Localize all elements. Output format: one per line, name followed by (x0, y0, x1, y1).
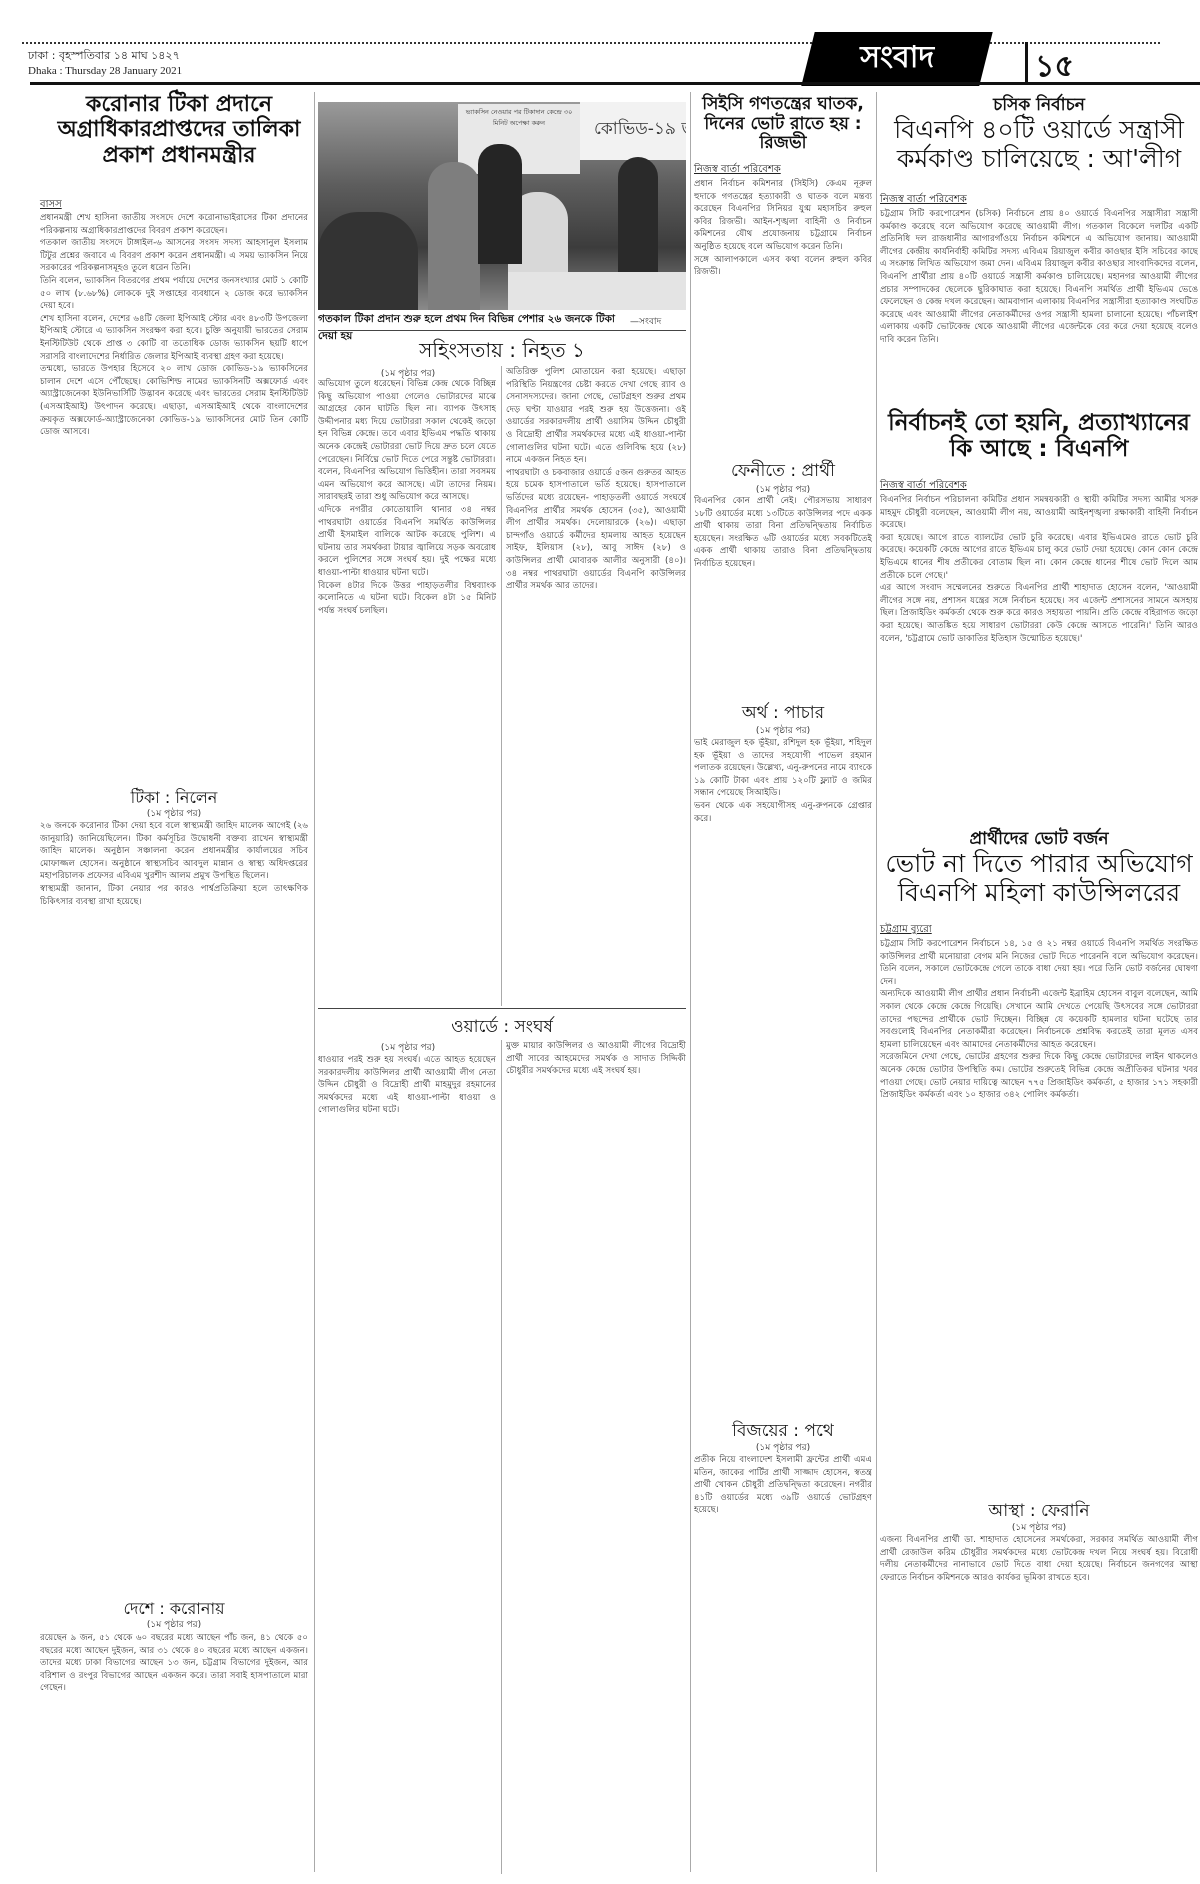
ortho-para-2: ভবন থেকে এক সহযোগীসহ এনু-রুপনকে গ্রেপ্তা… (694, 800, 872, 825)
bnp-wards-body: চট্টগ্রাম সিটি করপোরেশন (চসিক) নির্বাচনে… (880, 208, 1198, 406)
feni-body: বিএনপির কোন প্রার্থী নেই। পৌরসভায় সাধার… (694, 495, 872, 695)
vaccine-para-4: শেখ হাসিনা বলেন, দেশের ৬৪টি জেলা ইপিআই স… (40, 313, 308, 363)
person-silhouette (428, 162, 480, 310)
ortho-body: ভাই মেরাজুল হক ভূঁইয়া, রশিদুল হক ভূঁইয়… (694, 737, 872, 1405)
deshe-coronay-para-1: রয়েছেন ৯ জন, ৫১ থেকে ৬০ বছরের মধ্যে আছে… (40, 1632, 308, 1695)
rejection-headline: নির্বাচনই তো হয়নি, প্রত্যাখ্যানের কি আছ… (880, 410, 1198, 463)
column-divider (314, 92, 315, 1872)
asta-ferani-para-1: এজন্য বিএনপির প্রার্থী ডা. শাহাদাত হোসেন… (880, 1534, 1198, 1584)
ortho-para-1: ভাই মেরাজুল হক ভূঁইয়া, রশিদুল হক ভূঁইয়… (694, 737, 872, 800)
header-thick-rule (30, 82, 1200, 85)
banner-board: কোভিড-১৯ ভ (580, 102, 686, 160)
vaccine-body: প্রধানমন্ত্রী শেখ হাসিনা জাতীয় সংসদে দে… (40, 212, 308, 772)
rejection-para-1: বিএনপির নির্বাচন পরিচালনা কমিটির প্রধান … (880, 494, 1198, 532)
table-surface (508, 272, 686, 310)
rizvi-para-1: প্রধান নির্বাচন কমিশনার (সিইসি) কেএম নূর… (694, 178, 872, 254)
women-councillors-para-3: সরেজমিনে দেখা গেছে, ভোটের গ্রহণের শুরুর … (880, 1051, 1198, 1101)
rejection-para-2: করা হয়েছে। আগে রাতে ব্যালটের ভোট চুরি ক… (880, 532, 1198, 582)
vaccine-para-2: গতকাল জাতীয় সংসদে টাঙ্গাইল-৬ আসনের সংসদ… (40, 237, 308, 275)
violence-body-right: অতিরিক্ত পুলিশ মোতায়েন করা হয়েছে। এছাড… (506, 366, 686, 998)
violence-para-5: বিকেল ৪টার দিকে উত্তর পাহাড়তলীর বিশ্বব্… (318, 580, 496, 618)
rizvi-byline: নিজস্ব বার্তা পরিবেশক (694, 162, 781, 179)
deshe-coronay-body: রয়েছেন ৯ জন, ৫১ থেকে ৬০ বছরের মধ্যে আছে… (40, 1632, 308, 1872)
vaccination-photo: ভ্যাকসিন নেওয়ার পর টিকাদান কেন্দ্রে ৩০ … (318, 102, 686, 310)
bnp-wards-byline: নিজস্ব বার্তা পরিবেশক (880, 192, 967, 209)
ortho-continued: (১ম পৃষ্ঠার পর) (694, 723, 872, 738)
vaccine-para-3: তিনি বলেন, ভ্যাকসিন বিতরণের প্রথম পর্যায… (40, 275, 308, 313)
column-divider (690, 92, 691, 1872)
tika-nilen-continued: (১ম পৃষ্ঠার পর) (40, 806, 308, 821)
vaccine-para-5: তন্মধ্যে, ভারতে উপহার হিসেবে ২০ লাখ ডোজ … (40, 363, 308, 439)
vaccine-headline: করোনার টিকা প্রদানে অগ্রাধিকারপ্রাপ্তদের… (48, 92, 310, 168)
ward-conflict-body-right: মুক্ত মায়ার কাউন্সিলর ও আওয়ামী লীগের ব… (506, 1040, 686, 1874)
page-number-divider (1025, 42, 1028, 82)
column-divider (876, 92, 877, 1872)
women-councillors-byline: চট্টগ্রাম ব্যুরো (880, 922, 932, 939)
column-divider (501, 1040, 502, 1874)
photo-rule (318, 330, 686, 331)
asta-ferani-body: এজন্য বিএনপির প্রার্থী ডা. শাহাদাত হোসেন… (880, 1534, 1198, 1874)
masthead-text: সংবাদ (808, 32, 986, 84)
violence-para-1: অভিযোগ তুলে ধরেছেন। বিভিন্ন কেন্দ্র থেকে… (318, 378, 496, 466)
date-bengali: ঢাকা : বৃহস্পতিবার ১৪ মাঘ ১৪২৭ (28, 48, 180, 63)
bijoy-para-1: প্রতীক নিয়ে বাংলাদেশ ইসলামী ফ্রন্টের প্… (694, 1454, 872, 1517)
violence-para-2: অতিরিক্ত পুলিশ মোতায়েন করা হয়েছে। এছাড… (506, 366, 686, 467)
bijoy-continued: (১ম পৃষ্ঠার পর) (694, 1440, 872, 1455)
deshe-coronay-continued: (১ম পৃষ্ঠার পর) (40, 1617, 308, 1632)
section-rule (318, 1008, 686, 1009)
ward-conflict-para-2: মুক্ত মায়ার কাউন্সিলর ও আওয়ামী লীগের ব… (506, 1040, 686, 1078)
violence-para-4: এদিকে নগরীর কোতোয়ালি থানার ৩৪ নম্বর পাথ… (318, 504, 496, 580)
bnp-wards-para-1: চট্টগ্রাম সিটি করপোরেশন (চসিক) নির্বাচনে… (880, 208, 1198, 347)
date-english: Dhaka : Thursday 28 January 2021 (28, 64, 182, 79)
asta-ferani-continued: (১ম পৃষ্ঠার পর) (880, 1520, 1198, 1535)
column-divider (501, 366, 502, 1006)
person-silhouette (618, 157, 658, 287)
women-councillors-para-1: চট্টগ্রাম সিটি করপোরেশন নির্বাচনে ১৪, ১৫… (880, 938, 1198, 988)
rizvi-para-2: সঙ্গে আলাপকালে এসব কথা বলেন রুহুল কবির র… (694, 254, 872, 279)
women-councillors-para-2: অন্যদিকে আওয়ামী লীগ প্রার্থীর প্রধান নি… (880, 988, 1198, 1051)
bijoy-body: প্রতীক নিয়ে বাংলাদেশ ইসলামী ফ্রন্টের প্… (694, 1454, 872, 1874)
person-silhouette (478, 144, 522, 264)
violence-para-3: বলেন, বিএনপির অভিযোগ ভিত্তিহীন। তারা সবস… (318, 466, 496, 504)
rizvi-headline: সিইসি গণতন্ত্রের ঘাতক, দিনের ভোট রাতে হয… (694, 95, 872, 154)
violence-headline: সহিংসতায় : নিহত ১ (318, 336, 686, 369)
ward-conflict-headline: ওয়ার্ডে : সংঘর্ষ (318, 1014, 686, 1042)
rejection-byline: নিজস্ব বার্তা পরিবেশক (880, 478, 967, 495)
vaccine-para-1: প্রধানমন্ত্রী শেখ হাসিনা জাতীয় সংসদে দে… (40, 212, 308, 237)
masthead-logo: সংবাদ (801, 32, 992, 86)
ward-conflict-body-left: ধাওয়ার পরই শুরু হয় সংঘর্ষ। এতে আহত হয়… (318, 1054, 496, 1874)
ward-conflict-para-1: ধাওয়ার পরই শুরু হয় সংঘর্ষ। এতে আহত হয়… (318, 1054, 496, 1117)
rejection-body: বিএনপির নির্বাচন পরিচালনা কমিটির প্রধান … (880, 494, 1198, 814)
rejection-para-3: এর আগে সংবাদ সম্মেলনের শুরুতে বিএনপির প্… (880, 582, 1198, 645)
feni-para-1: বিএনপির কোন প্রার্থী নেই। পৌরসভায় সাধার… (694, 495, 872, 571)
tika-nilen-para-1: ২৬ জনকে করোনার টিকা দেয়া হবে বলে স্বাস্… (40, 820, 308, 883)
women-councillors-body: চট্টগ্রাম সিটি করপোরেশন নির্বাচনে ১৪, ১৫… (880, 938, 1198, 1486)
rizvi-body: প্রধান নির্বাচন কমিশনার (সিইসি) কেএম নূর… (694, 178, 872, 440)
violence-para-6: পাথরঘাটা ও চকবাজার ওয়ার্ডে ৫জন গুরুতর আ… (506, 467, 686, 593)
violence-body-left: অভিযোগ তুলে ধরেছেন। বিভিন্ন কেন্দ্র থেকে… (318, 378, 496, 998)
ward-conflict-continued: (১ম পৃষ্ঠার পর) (318, 1040, 498, 1055)
bnp-wards-headline: বিএনপি ৪০টি ওয়ার্ডে সন্ত্রাসী কর্মকাণ্ড… (880, 116, 1198, 174)
photo-credit: —সংবাদ (630, 314, 661, 329)
person-silhouette (318, 212, 418, 310)
tika-nilen-body: ২৬ জনকে করোনার টিকা দেয়া হবে বলে স্বাস্… (40, 820, 308, 1590)
tika-nilen-para-2: স্বাস্থ্যমন্ত্রী জানান, টিকা নেয়ার পর ক… (40, 883, 308, 908)
banner-text: কোভিড-১৯ ভ (580, 102, 686, 144)
women-councillors-headline: ভোট না দিতে পারার অভিযোগ বিএনপি মহিলা কা… (880, 850, 1198, 908)
page-number: ১৫ (1035, 42, 1074, 93)
